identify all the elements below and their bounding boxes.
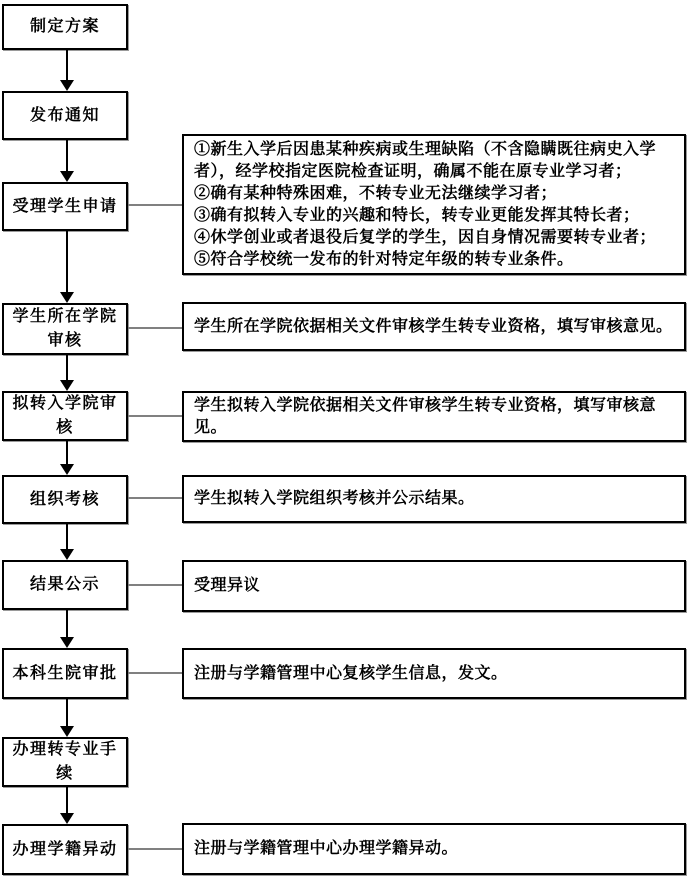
flow-step-label: 本科生院审批: [12, 662, 117, 686]
arrow-down-icon: [60, 549, 74, 560]
flowchart-canvas: 制定方案 发布通知 受理学生申请 学生所在学院审核 拟转入学院审核 组织考核 结…: [0, 0, 692, 878]
arrow-down-icon: [60, 464, 74, 475]
annotation-text: 学生拟转入学院依据相关文件审核学生转专业资格，填写审核意见。: [194, 395, 676, 439]
flow-step-undergrad-school-approval: 本科生院审批: [2, 648, 128, 699]
arrow-down-icon: [60, 637, 74, 648]
flow-step-label: 制定方案: [30, 15, 100, 39]
arrow-line-2: [66, 140, 68, 171]
annotation-application-conditions: ①新生入学后因患某种疾病或生理缺陷（不含隐瞒既往病史入学者），经学校指定医院检查…: [182, 134, 686, 275]
connector-status-change: [128, 848, 182, 850]
arrow-line-6: [66, 524, 68, 549]
flow-step-target-college-review: 拟转入学院审核: [2, 391, 128, 441]
arrow-down-icon: [60, 171, 74, 182]
arrow-down-icon: [60, 292, 74, 303]
arrow-line-9: [66, 786, 68, 813]
connector-target-college-review: [128, 415, 182, 417]
arrow-down-icon: [60, 726, 74, 737]
flow-step-label: 结果公示: [30, 573, 100, 597]
arrow-line-1: [66, 50, 68, 80]
flow-step-label: 学生所在学院审核: [9, 305, 121, 353]
connector-accept-applications: [128, 204, 182, 206]
annotation-target-college-review: 学生拟转入学院依据相关文件审核学生转专业资格，填写审核意见。: [182, 391, 686, 442]
annotation-recheck-issue-document: 注册与学籍管理中心复核学生信息，发文。: [182, 648, 686, 699]
arrow-line-8: [66, 699, 68, 726]
flow-step-label: 拟转入学院审核: [9, 392, 121, 440]
arrow-line-5: [66, 441, 68, 464]
arrow-line-4: [66, 355, 68, 380]
annotation-status-change: 注册与学籍管理中心办理学籍异动。: [182, 823, 686, 875]
annotation-text: 注册与学籍管理中心复核学生信息，发文。: [194, 663, 508, 685]
flow-step-home-college-review: 学生所在学院审核: [2, 303, 128, 355]
connector-organize-assessment: [128, 497, 182, 499]
annotation-text: 学生所在学院依据相关文件审核学生转专业资格，填写审核意见。: [194, 316, 673, 338]
arrow-line-7: [66, 610, 68, 637]
flow-step-publish-notice: 发布通知: [2, 91, 128, 140]
annotation-text: 注册与学籍管理中心办理学籍异动。: [194, 838, 458, 860]
flow-step-accept-applications: 受理学生申请: [2, 182, 128, 231]
flow-step-label: 办理学籍异动: [12, 838, 117, 862]
arrow-down-icon: [60, 813, 74, 824]
flow-step-label: 受理学生申请: [12, 195, 117, 219]
connector-undergrad-school-approval: [128, 672, 182, 674]
flow-step-label: 组织考核: [30, 488, 100, 512]
flow-step-organize-assessment: 组织考核: [2, 475, 128, 524]
connector-publicize-results: [128, 584, 182, 586]
flow-step-label: 办理转专业手续: [9, 738, 121, 786]
annotation-assessment: 学生拟转入学院组织考核并公示结果。: [182, 475, 686, 523]
flow-step-publicize-results: 结果公示: [2, 560, 128, 610]
annotation-text: 受理异议: [194, 575, 260, 597]
arrow-down-icon: [60, 380, 74, 391]
flow-step-status-change: 办理学籍异动: [2, 824, 128, 875]
flow-step-label: 发布通知: [30, 104, 100, 128]
flow-step-make-plan: 制定方案: [2, 4, 128, 50]
arrow-down-icon: [60, 80, 74, 91]
arrow-line-3: [66, 231, 68, 292]
annotation-objections: 受理异议: [182, 560, 686, 612]
annotation-text: ①新生入学后因患某种疾病或生理缺陷（不含隐瞒既往病史入学者），经学校指定医院检查…: [194, 139, 676, 271]
annotation-home-college-review: 学生所在学院依据相关文件审核学生转专业资格，填写审核意见。: [182, 302, 686, 351]
connector-home-college-review: [128, 327, 182, 329]
flow-step-transfer-procedures: 办理转专业手续: [2, 737, 128, 787]
annotation-text: 学生拟转入学院组织考核并公示结果。: [194, 488, 475, 510]
